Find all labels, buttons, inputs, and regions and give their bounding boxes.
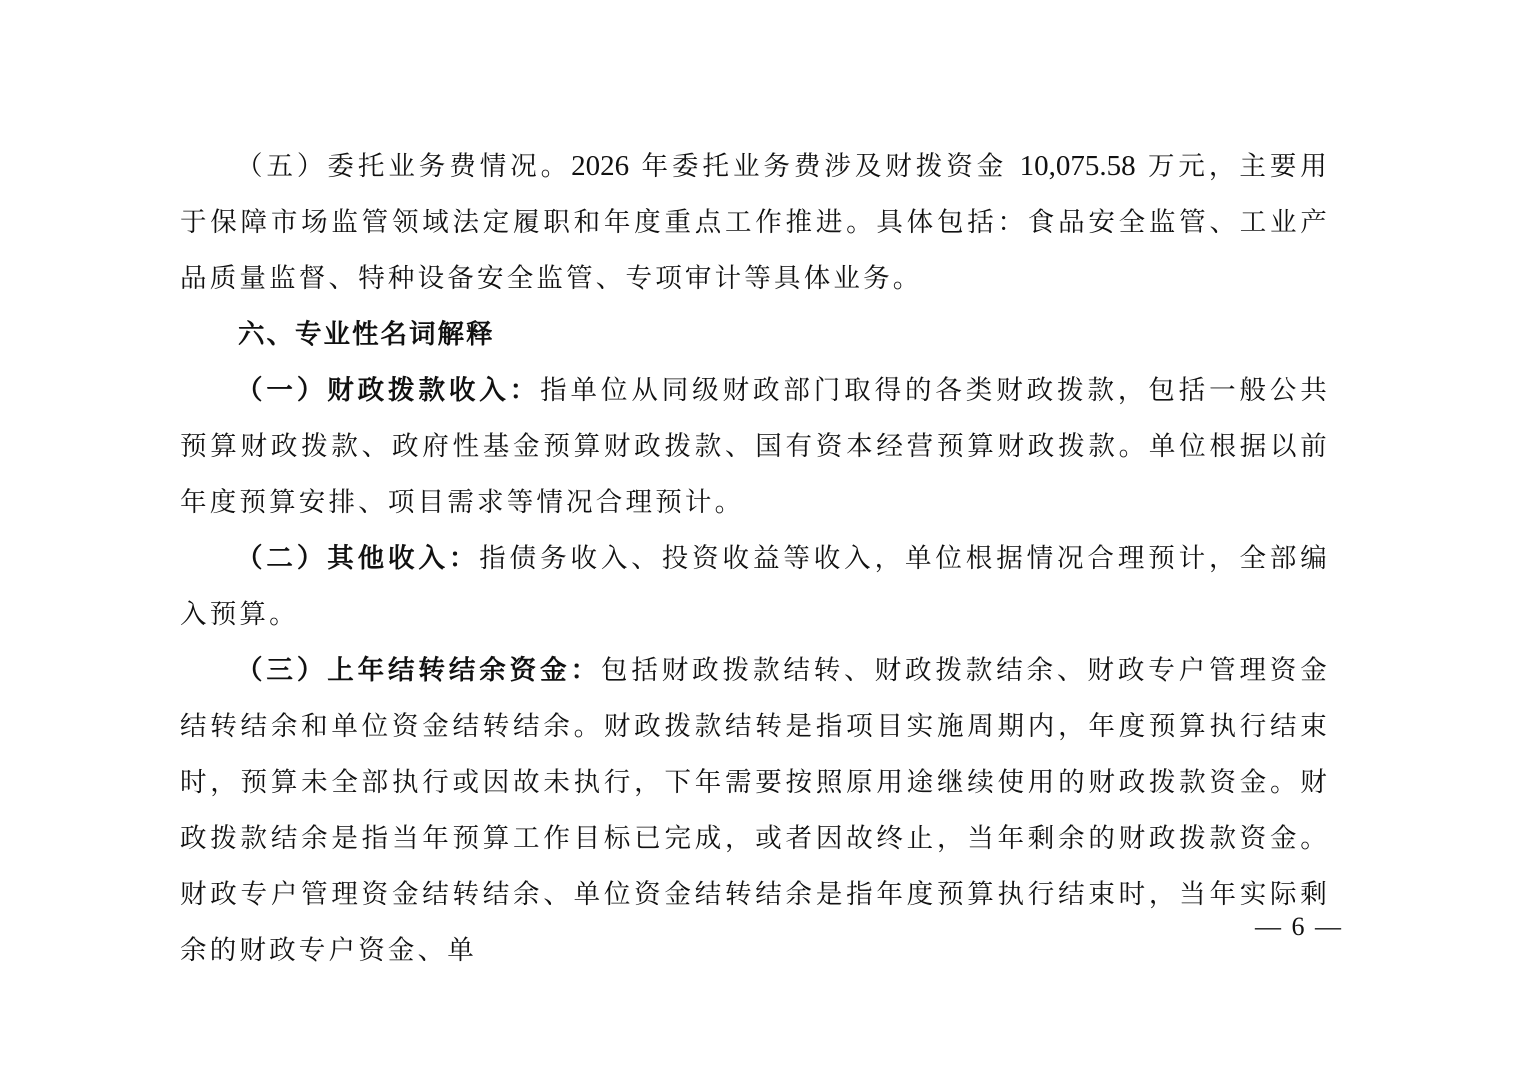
year-value: 2026 (571, 150, 629, 182)
definition-fiscal-appropriation-income: （一）财政拨款收入：指单位从同级财政部门取得的各类财政拨款，包括一般公共预算财政… (180, 363, 1330, 531)
paragraph-lead: （五）委托业务费情况。 (236, 151, 571, 182)
paragraph-text: 年委托业务费涉及财拨资金 (629, 151, 1019, 182)
definition-term: （三）上年结转结余资金： (236, 655, 601, 686)
definition-text: 包括财政拨款结转、财政拨款结余、财政专户管理资金结转结余和单位资金结转结余。财政… (180, 655, 1330, 966)
section-heading: 六、专业性名词解释 (180, 307, 1330, 363)
page-number: — 6 — (1255, 912, 1343, 942)
document-page: （五）委托业务费情况。2026 年委托业务费涉及财拨资金 10,075.58 万… (180, 138, 1330, 979)
definition-term: （二）其他收入： (236, 543, 479, 574)
definition-term: （一）财政拨款收入： (236, 375, 540, 406)
amount-value: 10,075.58 (1020, 150, 1136, 182)
paragraph-entrusted-business-fees: （五）委托业务费情况。2026 年委托业务费涉及财拨资金 10,075.58 万… (180, 138, 1330, 307)
definition-prior-year-carryover: （三）上年结转结余资金：包括财政拨款结转、财政拨款结余、财政专户管理资金结转结余… (180, 643, 1330, 979)
definition-other-income: （二）其他收入：指债务收入、投资收益等收入，单位根据情况合理预计，全部编入预算。 (180, 531, 1330, 643)
